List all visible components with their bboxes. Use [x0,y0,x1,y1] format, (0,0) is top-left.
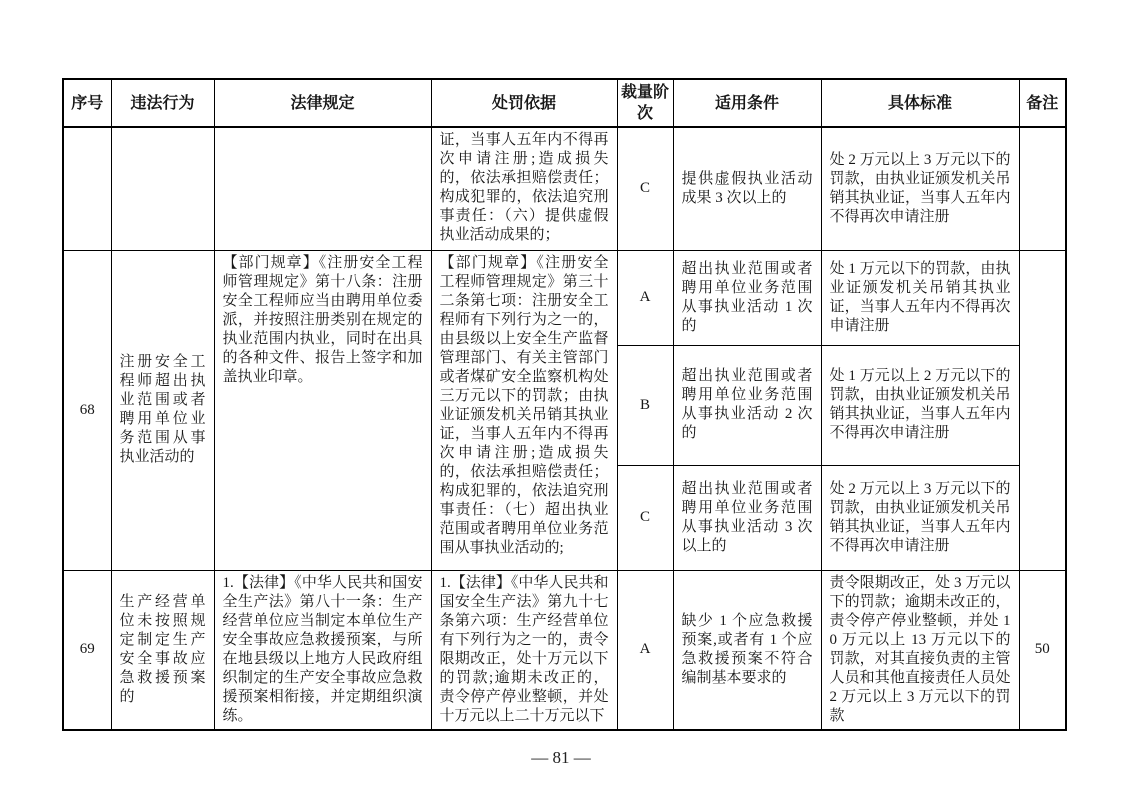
cell-note-prev [1019,127,1066,250]
cell-grade-68-a: A [617,250,673,345]
cell-grade-prev-c: C [617,127,673,250]
cell-condition-prev-c: 提供虚假执业活动成果 3 次以上的 [673,127,821,250]
cell-note-69: 50 [1019,570,1066,730]
cell-condition-69-a: 缺少 1 个应急救援预案,或者有 1 个应急救援预案不符合编制基本要求的 [673,570,821,730]
cell-condition-68-a: 超出执业范围或者聘用单位业务范围从事执业活动 1 次的 [673,250,821,345]
cell-standard-68-c: 处 2 万元以上 3 万元以下的罚款，由执业证颁发机关吊销其执业证，当事人五年内… [821,465,1019,570]
col-header-standard: 具体标准 [821,79,1019,127]
penalty-discretion-table: 序号 违法行为 法律规定 处罚依据 裁量阶次 适用条件 具体标准 备注 证，当事… [62,78,1067,731]
cell-standard-68-a: 处 1 万元以下的罚款，由执业证颁发机关吊销其执业证，当事人五年内不得再次申请注… [821,250,1019,345]
cell-behavior-69: 生产经营单位未按照规定制定生产安全事故应急救援预案的 [111,570,214,730]
col-header-condition: 适用条件 [673,79,821,127]
cell-condition-68-b: 超出执业范围或者聘用单位业务范围从事执业活动 2 次的 [673,345,821,465]
cell-standard-prev-c: 处 2 万元以上 3 万元以下的罚款，由执业证颁发机关吊销其执业证，当事人五年内… [821,127,1019,250]
page-number: — 81 — [0,748,1122,768]
cell-seq-prev [63,127,111,250]
cell-condition-68-c: 超出执业范围或者聘用单位业务范围从事执业活动 3 次以上的 [673,465,821,570]
col-header-note: 备注 [1019,79,1066,127]
table-row: 证，当事人五年内不得再次申请注册;造成损失的，依法承担赔偿责任；构成犯罪的，依法… [63,127,1066,250]
col-header-grade: 裁量阶次 [617,79,673,127]
table-row: 68 注册安全工程师超出执业范围或者聘用单位业务范围从事执业活动的 【部门规章】… [63,250,1066,345]
cell-law-69: 1.【法律】《中华人民共和国安全生产法》第八十一条：生产经营单位应当制定本单位生… [214,570,431,730]
cell-law-prev [214,127,431,250]
col-header-seq: 序号 [63,79,111,127]
cell-grade-68-b: B [617,345,673,465]
col-header-behavior: 违法行为 [111,79,214,127]
cell-seq-68: 68 [63,250,111,570]
cell-note-68 [1019,250,1066,570]
document-page: 序号 违法行为 法律规定 处罚依据 裁量阶次 适用条件 具体标准 备注 证，当事… [0,0,1122,793]
cell-basis-68: 【部门规章】《注册安全工程师管理规定》第三十二条第七项：注册安全工程师有下列行为… [431,250,617,570]
cell-behavior-prev [111,127,214,250]
table-row: 69 生产经营单位未按照规定制定生产安全事故应急救援预案的 1.【法律】《中华人… [63,570,1066,730]
col-header-basis: 处罚依据 [431,79,617,127]
cell-law-68: 【部门规章】《注册安全工程师管理规定》第十八条：注册安全工程师应当由聘用单位委派… [214,250,431,570]
cell-basis-69: 1.【法律】《中华人民共和国安全生产法》第九十七条第六项：生产经营单位有下列行为… [431,570,617,730]
col-header-law: 法律规定 [214,79,431,127]
cell-grade-69-a: A [617,570,673,730]
cell-grade-68-c: C [617,465,673,570]
cell-seq-69: 69 [63,570,111,730]
cell-basis-prev: 证，当事人五年内不得再次申请注册;造成损失的，依法承担赔偿责任；构成犯罪的，依法… [431,127,617,250]
table-header-row: 序号 违法行为 法律规定 处罚依据 裁量阶次 适用条件 具体标准 备注 [63,79,1066,127]
cell-standard-69-a: 责令限期改正，处 3 万元以下的罚款；逾期未改正的，责令停产停业整顿，并处 10… [821,570,1019,730]
cell-behavior-68: 注册安全工程师超出执业范围或者聘用单位业务范围从事执业活动的 [111,250,214,570]
cell-standard-68-b: 处 1 万元以上 2 万元以下的罚款，由执业证颁发机关吊销其执业证，当事人五年内… [821,345,1019,465]
